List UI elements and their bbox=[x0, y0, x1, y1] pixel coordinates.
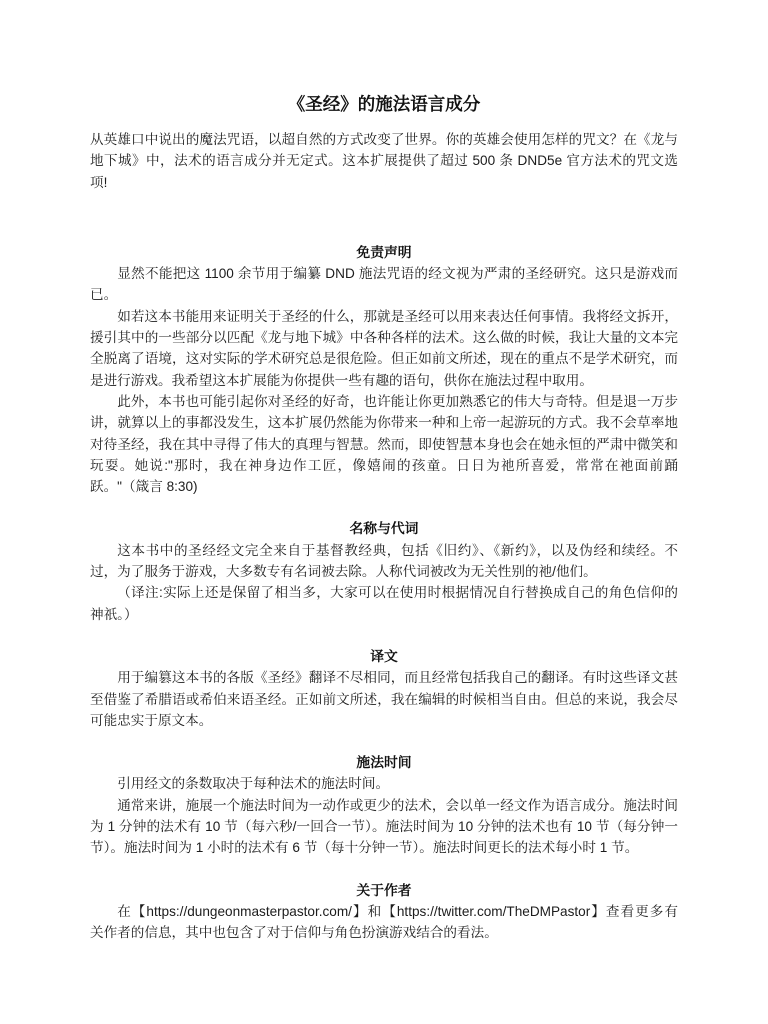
document-page: 《圣经》的施法语言成分 从英雄口中说出的魔法咒语，以超自然的方式改变了世界。你的… bbox=[0, 0, 768, 1024]
section-disclaimer: 免责声明 显然不能把这 1100 余节用于编纂 DND 施法咒语的经文视为严肃的… bbox=[90, 242, 678, 498]
section-heading: 名称与代词 bbox=[90, 518, 678, 539]
section-paragraph: 如若这本书能用来证明关于圣经的什么，那就是圣经可以用来表达任何事情。我将经文拆开… bbox=[90, 306, 678, 391]
section-heading: 关于作者 bbox=[90, 880, 678, 901]
intro-paragraph: 从英雄口中说出的魔法咒语，以超自然的方式改变了世界。你的英雄会使用怎样的咒文？在… bbox=[90, 129, 678, 193]
section-paragraph: 此外，本书也可能引起你对圣经的好奇，也许能让你更加熟悉它的伟大与奇特。但是退一万… bbox=[90, 391, 678, 497]
section-paragraph: （译注:实际上还是保留了相当多，大家可以在使用时根据情况自行替换成自己的角色信仰… bbox=[90, 582, 678, 625]
section-names-pronouns: 名称与代词 这本书中的圣经经文完全来自于基督教经典，包括《旧约》、《新约》，以及… bbox=[90, 518, 678, 624]
section-heading: 施法时间 bbox=[90, 752, 678, 773]
section-paragraph: 用于编篡这本书的各版《圣经》翻译不尽相同，而且经常包括我自己的翻译。有时这些译文… bbox=[90, 667, 678, 731]
document-title: 《圣经》的施法语言成分 bbox=[90, 92, 678, 116]
section-paragraph: 通常来讲，施展一个施法时间为一动作或更少的法术，会以单一经文作为语言成分。施法时… bbox=[90, 795, 678, 859]
section-translation: 译文 用于编篡这本书的各版《圣经》翻译不尽相同，而且经常包括我自己的翻译。有时这… bbox=[90, 646, 678, 731]
section-casting-time: 施法时间 引用经文的条数取决于每种法术的施法时间。 通常来讲，施展一个施法时间为… bbox=[90, 752, 678, 858]
section-about-author: 关于作者 在【https://dungeonmasterpastor.com/】… bbox=[90, 880, 678, 944]
section-paragraph: 引用经文的条数取决于每种法术的施法时间。 bbox=[90, 773, 678, 794]
document-content: 《圣经》的施法语言成分 从英雄口中说出的魔法咒语，以超自然的方式改变了世界。你的… bbox=[90, 92, 678, 944]
section-paragraph: 在【https://dungeonmasterpastor.com/】和【htt… bbox=[90, 901, 678, 944]
section-paragraph: 显然不能把这 1100 余节用于编纂 DND 施法咒语的经文视为严肃的圣经研究。… bbox=[90, 263, 678, 306]
section-paragraph: 这本书中的圣经经文完全来自于基督教经典，包括《旧约》、《新约》，以及伪经和续经。… bbox=[90, 540, 678, 583]
section-heading: 译文 bbox=[90, 646, 678, 667]
section-heading: 免责声明 bbox=[90, 242, 678, 263]
